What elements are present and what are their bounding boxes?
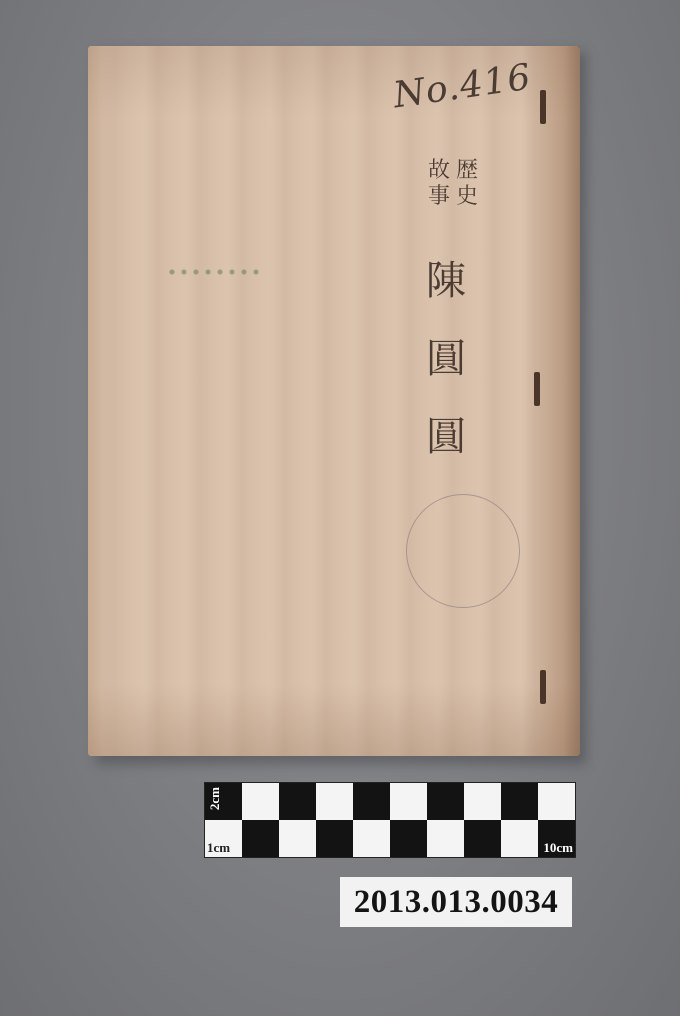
scale-label-10cm: 10cm — [543, 840, 573, 856]
booklet-cover: No.416 歴史 故事 陳 圓 圓 — [88, 46, 580, 756]
category-line-1: 歴史 — [456, 158, 480, 210]
green-stain — [166, 266, 262, 278]
scale-label-2cm: 2cm — [207, 787, 223, 810]
staple-middle — [534, 372, 540, 406]
staple-bottom — [540, 670, 546, 704]
accession-number-label: 2013.013.0034 — [340, 877, 572, 927]
title-char-2: 圓 — [426, 320, 472, 398]
staple-top — [540, 90, 546, 124]
booklet-title: 陳 圓 圓 — [426, 242, 472, 476]
title-char-3: 圓 — [426, 398, 472, 476]
faded-stamp-circle — [406, 494, 520, 608]
title-char-1: 陳 — [426, 242, 472, 320]
spine-edge — [538, 46, 580, 756]
scale-bar: 2cm 1cm 10cm — [204, 782, 576, 858]
catalog-number: No.416 — [391, 57, 534, 117]
category-line-2: 故事 — [428, 158, 452, 210]
scale-label-1cm: 1cm — [207, 840, 230, 856]
